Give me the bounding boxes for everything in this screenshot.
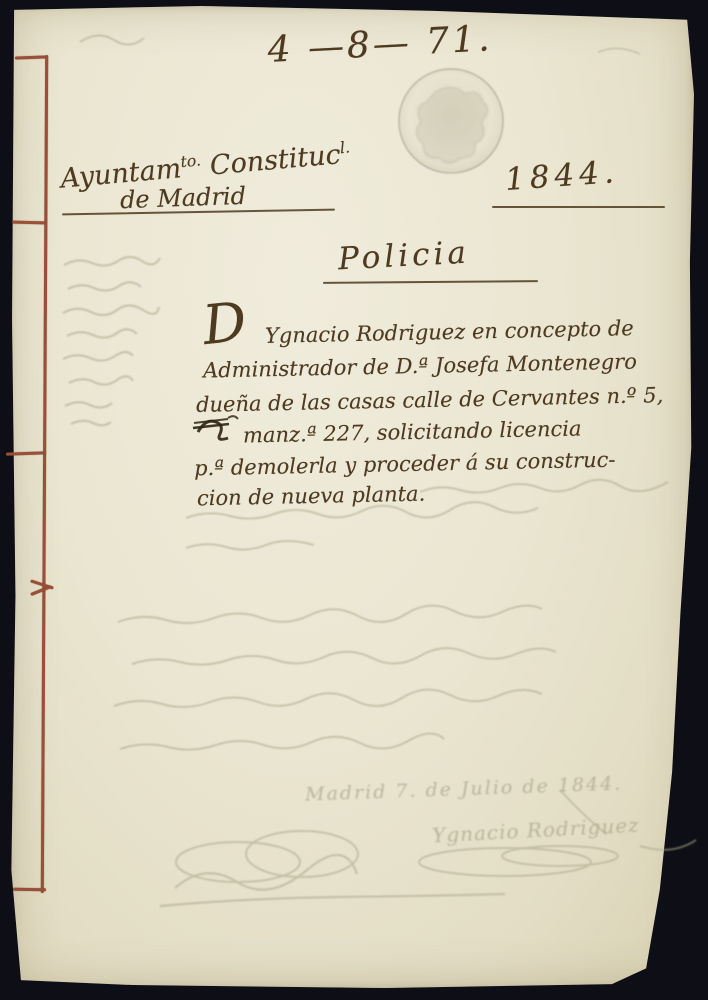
ghost-bleedthrough-marks [0,0,708,1000]
